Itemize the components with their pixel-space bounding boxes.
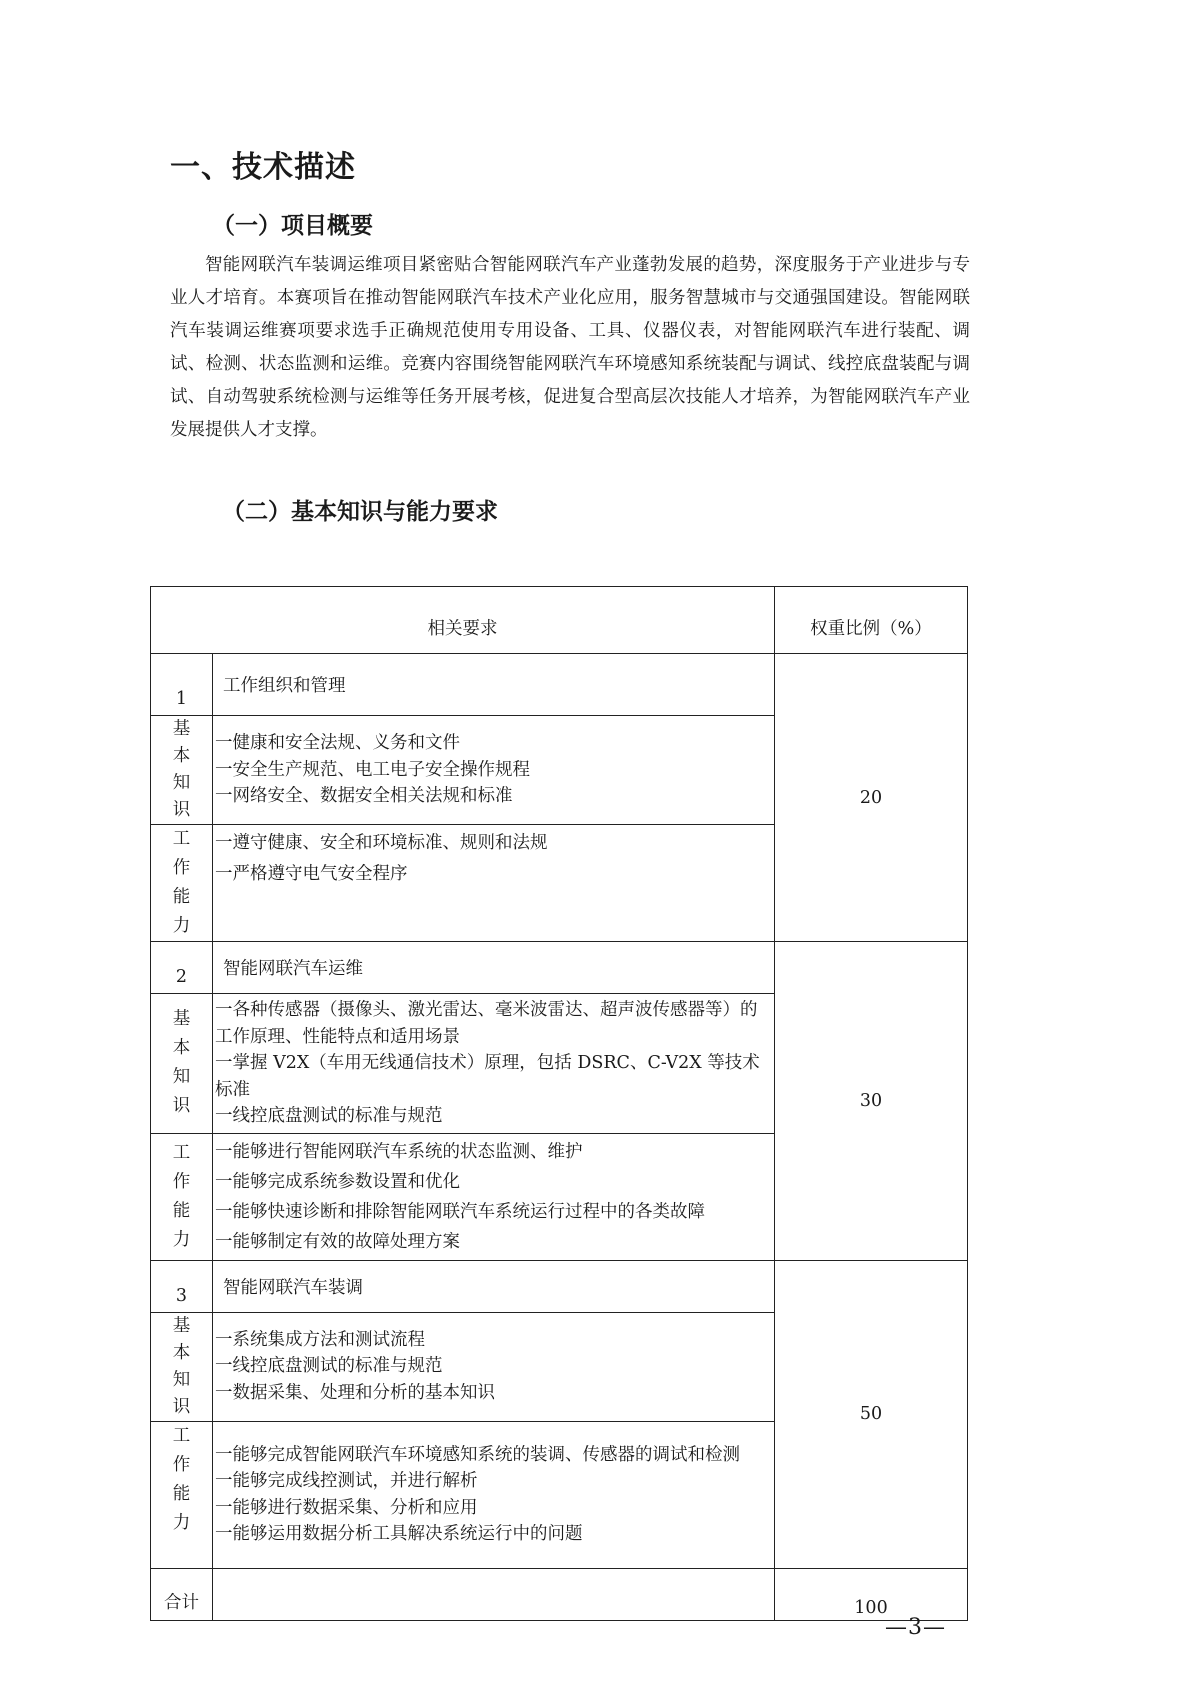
section-title-overview: （一）项目概要 <box>212 207 373 240</box>
group-number: 2 <box>151 942 213 994</box>
table-row-group-2-title: 2 智能网联汽车运维 30 <box>151 942 968 994</box>
list-item: 一能够快速诊断和排除智能网联汽车系统运行过程中的各类故障 <box>215 1197 774 1227</box>
list-item: 一严格遵守电气安全程序 <box>215 859 774 890</box>
list-item: 一能够运用数据分析工具解决系统运行中的问题 <box>215 1521 774 1548</box>
table-row-group-1-title: 1 工作组织和管理 20 <box>151 654 968 716</box>
group-weight: 20 <box>775 654 968 942</box>
page-number: —3— <box>885 1615 946 1640</box>
main-heading: 一、技术描述 <box>170 142 356 186</box>
category-label: 工作能力 <box>151 825 213 942</box>
header-requirements: 相关要求 <box>151 587 775 654</box>
list-item: 一安全生产规范、电工电子安全操作规程 <box>215 757 774 784</box>
header-weight: 权重比例（%） <box>775 587 968 654</box>
list-item: 一系统集成方法和测试流程 <box>215 1327 774 1354</box>
list-item: 一健康和安全法规、义务和文件 <box>215 730 774 757</box>
ability-list: 一遵守健康、安全和环境标准、规则和法规 一严格遵守电气安全程序 <box>213 825 775 942</box>
category-label: 工作能力 <box>151 1421 213 1568</box>
list-item: 一能够进行数据采集、分析和应用 <box>215 1495 774 1522</box>
list-item: 一能够完成系统参数设置和优化 <box>215 1167 774 1197</box>
list-item: 一能够制定有效的故障处理方案 <box>215 1227 774 1257</box>
list-item: 一线控底盘测试的标准与规范 <box>215 1353 774 1380</box>
requirements-table: 相关要求 权重比例（%） 1 工作组织和管理 20 基本知识 一健康和安全法规、… <box>150 586 968 1621</box>
category-label: 基本知识 <box>151 1312 213 1421</box>
total-weight: 100 <box>775 1568 968 1620</box>
overview-paragraph: 智能网联汽车装调运维项目紧密贴合智能网联汽车产业蓬勃发展的趋势，深度服务于产业进… <box>170 249 970 447</box>
category-label: 基本知识 <box>151 994 213 1134</box>
table-header-row: 相关要求 权重比例（%） <box>151 587 968 654</box>
ability-list: 一能够进行智能网联汽车系统的状态监测、维护 一能够完成系统参数设置和优化 一能够… <box>213 1133 775 1260</box>
knowledge-list: 一健康和安全法规、义务和文件 一安全生产规范、电工电子安全操作规程 一网络安全、… <box>213 716 775 825</box>
group-number: 1 <box>151 654 213 716</box>
knowledge-list: 一系统集成方法和测试流程 一线控底盘测试的标准与规范 一数据采集、处理和分析的基… <box>213 1312 775 1421</box>
list-item: 一能够进行智能网联汽车系统的状态监测、维护 <box>215 1137 774 1167</box>
group-title: 工作组织和管理 <box>213 654 775 716</box>
category-label: 基本知识 <box>151 716 213 825</box>
knowledge-list: 一各种传感器（摄像头、激光雷达、毫米波雷达、超声波传感器等）的工作原理、性能特点… <box>213 994 775 1134</box>
list-item: 一数据采集、处理和分析的基本知识 <box>215 1380 774 1407</box>
list-item: 一线控底盘测试的标准与规范 <box>215 1103 774 1130</box>
group-weight: 50 <box>775 1260 968 1568</box>
group-title: 智能网联汽车装调 <box>213 1260 775 1312</box>
list-item: 一各种传感器（摄像头、激光雷达、毫米波雷达、超声波传感器等）的工作原理、性能特点… <box>215 997 774 1050</box>
group-weight: 30 <box>775 942 968 1261</box>
table-row-total: 合计 100 <box>151 1568 968 1620</box>
list-item: 一能够完成线控测试，并进行解析 <box>215 1468 774 1495</box>
list-item: 一能够完成智能网联汽车环境感知系统的装调、传感器的调试和检测 <box>215 1442 774 1469</box>
group-number: 3 <box>151 1260 213 1312</box>
list-item: 一网络安全、数据安全相关法规和标准 <box>215 783 774 810</box>
section-title-requirements: （二）基本知识与能力要求 <box>222 493 498 526</box>
category-label: 工作能力 <box>151 1133 213 1260</box>
list-item: 一遵守健康、安全和环境标准、规则和法规 <box>215 828 774 859</box>
total-empty-cell <box>213 1568 775 1620</box>
ability-list: 一能够完成智能网联汽车环境感知系统的装调、传感器的调试和检测 一能够完成线控测试… <box>213 1421 775 1568</box>
total-label: 合计 <box>151 1568 213 1620</box>
list-item: 一掌握 V2X（车用无线通信技术）原理，包括 DSRC、C-V2X 等技术标准 <box>215 1050 774 1103</box>
group-title: 智能网联汽车运维 <box>213 942 775 994</box>
table-row-group-3-title: 3 智能网联汽车装调 50 <box>151 1260 968 1312</box>
